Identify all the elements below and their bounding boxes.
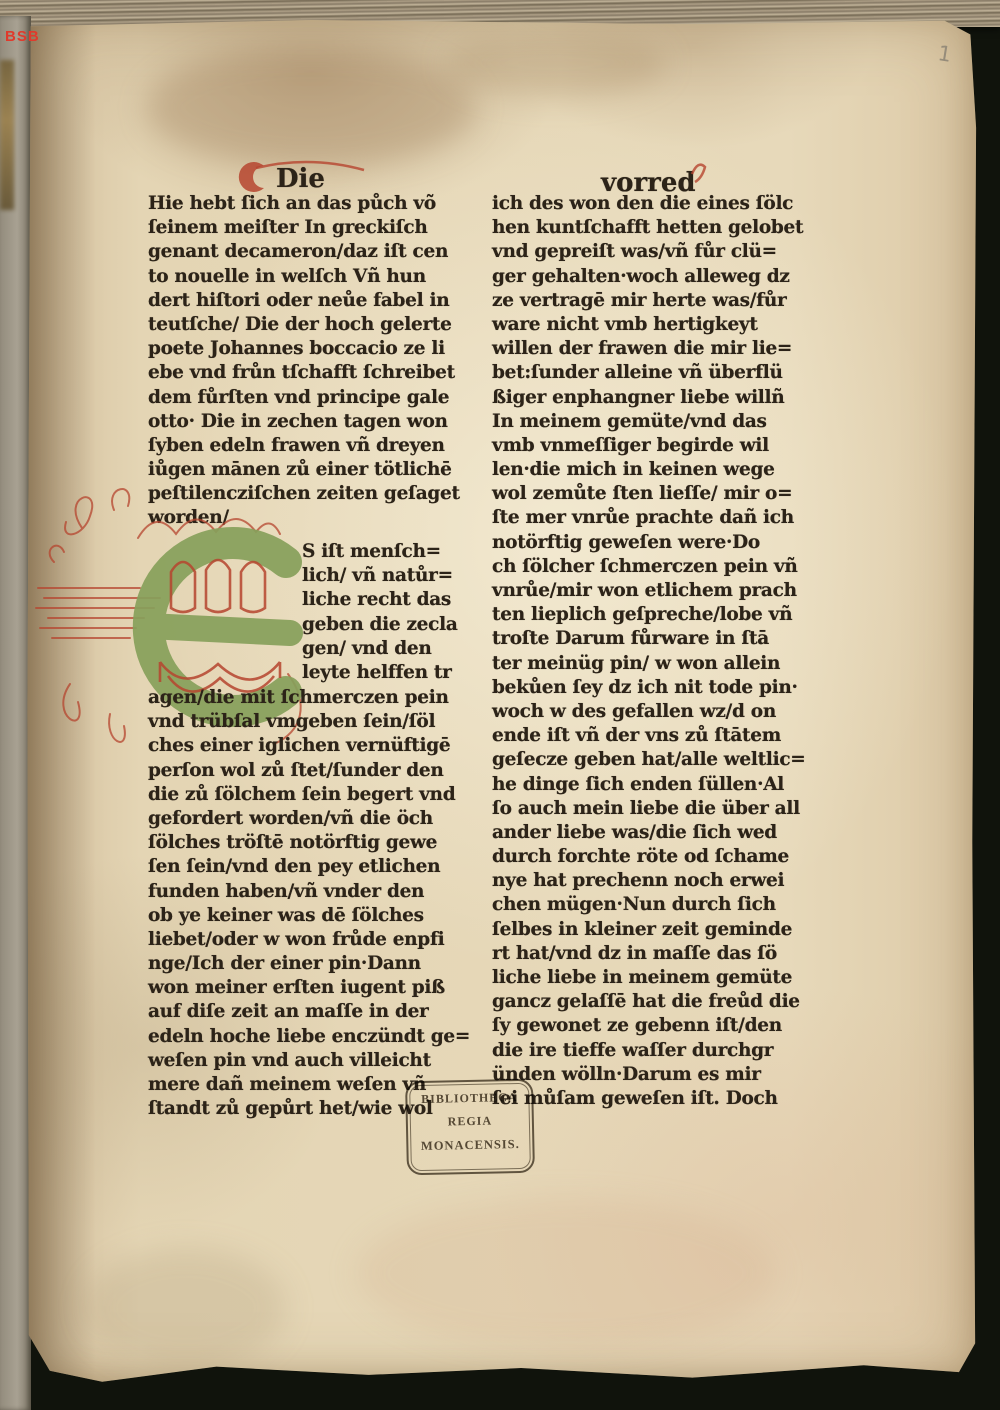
text-line: perſon wol zů ſtet/ſunder den xyxy=(148,759,478,783)
text-line: genant decameron/daz iſt cen xyxy=(148,240,478,264)
text-line: dert hiſtori oder neůe fabel in xyxy=(148,289,478,313)
scanned-book-photo: Die vorred Hie hebt ſich an das půch võſ… xyxy=(0,0,1000,1410)
text-line: ſelbes in kleiner zeit geminde xyxy=(492,918,842,942)
text-line: rt hat/vnd dz in maſſe das ſö xyxy=(492,942,842,966)
text-line: vnrůe/mir won etlichem prach xyxy=(492,579,842,603)
rubric-flourish-mark xyxy=(686,158,710,184)
text-line: ſy gewonet ze gebenn iſt/den xyxy=(492,1014,842,1038)
text-line: ſeinem meiſter In greckiſch xyxy=(148,216,478,240)
text-line: ßiger enphangner liebe willñ xyxy=(492,386,842,410)
text-line: nge/Ich der einer pin·Dann xyxy=(148,952,478,976)
text-line: leyte helffen tr xyxy=(302,661,482,685)
text-line: poete Johannes boccacio ze li xyxy=(148,337,478,361)
parchment-stain xyxy=(146,48,476,168)
text-column-left-lower: agen/die mit ſchmerczen peinvnd trübſal … xyxy=(148,686,478,1121)
library-stamp: BIBLIOTHECA REGIA MONACENSIS. xyxy=(405,1079,535,1176)
text-line: ches einer iglichen vernüftigē xyxy=(148,734,478,758)
text-line: ten lieplich geſpreche/lobe vñ xyxy=(492,603,842,627)
text-line: weſen pin vnd auch villeicht xyxy=(148,1049,478,1073)
text-line: ſo auch mein liebe die über all xyxy=(492,797,842,821)
text-line: die ire tieffe waſſer durchgr xyxy=(492,1039,842,1063)
text-line: dem fůrſten vnd principe gale xyxy=(148,386,478,410)
text-column-right: ich des won den die eines ſölchen kuntſc… xyxy=(492,192,842,1111)
text-line: vnd gepreiſt was/vñ fůr clü= xyxy=(492,240,842,264)
text-line: ander liebe was/die ſich wed xyxy=(492,821,842,845)
text-line: ich des won den die eines ſölc xyxy=(492,192,842,216)
text-line: geſecze geben hat/alle weltlic= xyxy=(492,748,842,772)
text-line: ſei můſam geweſen iſt. Doch xyxy=(492,1087,842,1111)
text-line: wol zemůte ſten lieſſe/ mir o= xyxy=(492,482,842,506)
text-line: bet:ſunder alleine vñ überflü xyxy=(492,361,842,385)
text-line: ze vertragē mir herte was/fůr xyxy=(492,289,842,313)
parchment-stain xyxy=(356,1198,776,1348)
text-line: gancz gelaſſē hat die freůd die xyxy=(492,990,842,1014)
text-line: hen kuntſchafft hetten gelobet xyxy=(492,216,842,240)
text-line: auf diſe zeit an maſſe in der xyxy=(148,1000,478,1024)
text-line: won meiner erſten iugent piß xyxy=(148,976,478,1000)
text-line: ger gehalten·woch alleweg dz xyxy=(492,265,842,289)
text-line: ob ye keiner was dē ſölches xyxy=(148,904,478,928)
text-line: ebe vnd frůn tſchafft ſchreibet xyxy=(148,361,478,385)
text-line: ware nicht vmb hertigkeyt xyxy=(492,313,842,337)
parchment-stain xyxy=(86,1248,286,1368)
text-line: ünden wölln·Darum es mir xyxy=(492,1063,842,1087)
text-line: vmb vnmeſſiger begirde wil xyxy=(492,434,842,458)
text-line: ſte mer vnrůe prachte dañ ich xyxy=(492,506,842,530)
text-line: durch forchte röte od ſchame xyxy=(492,845,842,869)
text-line: S iſt menſch= xyxy=(302,540,482,564)
text-line: troſte Darum fůrware in ſtā xyxy=(492,627,842,651)
text-line: liche liebe in meinem gemüte xyxy=(492,966,842,990)
text-line: len·die mich in keinen wege xyxy=(492,458,842,482)
text-line: liche recht das xyxy=(302,588,482,612)
text-line: ende iſt vñ der vns zů ſtātem xyxy=(492,724,842,748)
stamp-line-2: REGIA xyxy=(408,1113,532,1131)
text-line: ſölches tröſtē notörftig gewe xyxy=(148,831,478,855)
text-line: geben die zecla xyxy=(302,613,482,637)
text-line: In meinem gemüte/vnd das xyxy=(492,410,842,434)
binding-highlight xyxy=(0,60,14,210)
parchment-stain xyxy=(446,28,666,98)
text-line: to nouelle in welſch Vñ hun xyxy=(148,265,478,289)
text-line: edeln hoche liebe enczündt ge= xyxy=(148,1025,478,1049)
text-line: nye hat prechenn noch erwei xyxy=(492,869,842,893)
text-line: he dinge ſich enden ſüllen·Al xyxy=(492,773,842,797)
text-line: notörftig geweſen were·Do xyxy=(492,531,842,555)
text-line: Hie hebt ſich an das půch võ xyxy=(148,192,478,216)
text-line: agen/die mit ſchmerczen pein xyxy=(148,686,478,710)
text-line: ſen ſein/vnd den pey etlichen xyxy=(148,855,478,879)
text-line: liebet/oder w won frůde enpfi xyxy=(148,928,478,952)
text-line: willen der frawen die mir lie= xyxy=(492,337,842,361)
text-line: gen/ vnd den xyxy=(302,637,482,661)
stamp-line-1: BIBLIOTHECA xyxy=(407,1090,531,1108)
text-line: ſyben edeln frawen vñ dreyen xyxy=(148,434,478,458)
text-line: ter meinüg pin/ w won allein xyxy=(492,652,842,676)
text-line: chen mügen·Nun durch ſich xyxy=(492,893,842,917)
text-line: die zů ſölchem ſein begert vnd xyxy=(148,783,478,807)
bsb-watermark: BSB xyxy=(5,28,40,45)
text-line: otto· Die in zechen tagen won xyxy=(148,410,478,434)
text-line: woch w des gefallen wz/d on xyxy=(492,700,842,724)
text-line: bekůen ſey dz ich nit tode pin· xyxy=(492,676,842,700)
text-line: vnd trübſal vmgeben ſein/ſöl xyxy=(148,710,478,734)
text-line: ch ſölcher ſchmerczen pein vñ xyxy=(492,555,842,579)
text-line: funden haben/vñ vnder den xyxy=(148,880,478,904)
text-line: teutſche/ Die der hoch gelerte xyxy=(148,313,478,337)
stamp-line-3: MONACENSIS. xyxy=(408,1137,532,1155)
text-line: lich/ vñ natůr= xyxy=(302,564,482,588)
text-line: gefordert worden/vñ die öch xyxy=(148,807,478,831)
text-column-left-beside-initial: S iſt menſch=lich/ vñ natůr=liche recht … xyxy=(302,540,482,685)
running-title-left: Die xyxy=(276,164,325,194)
